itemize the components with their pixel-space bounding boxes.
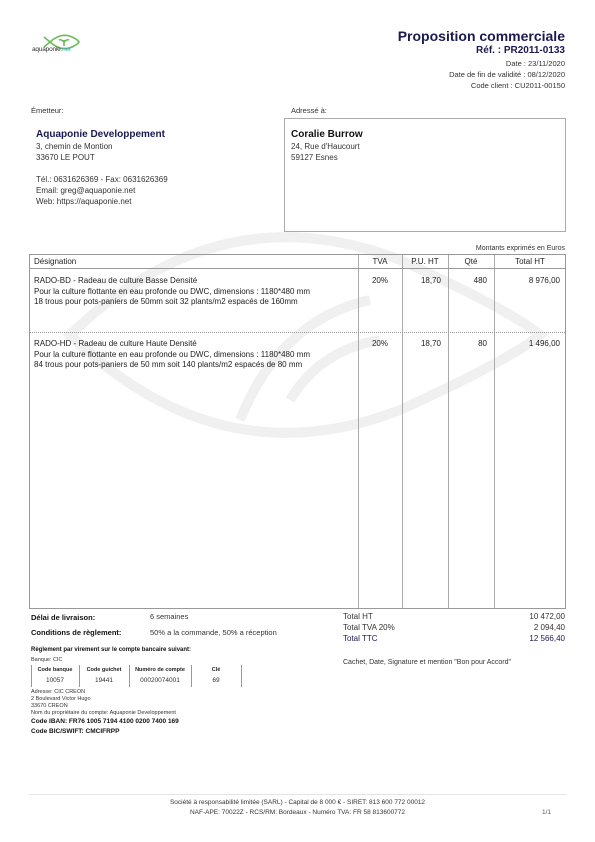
total-ht-value: 10 472,00 xyxy=(529,612,565,621)
row-total: 8 976,00 xyxy=(494,276,560,287)
header-tva: TVA xyxy=(358,257,402,266)
logo-tld: .net xyxy=(61,46,71,53)
payment-terms-label: Conditions de règlement: xyxy=(31,628,121,637)
bank-address: Adresse: CIC CREON xyxy=(31,689,85,695)
branch-code-header: Code guichet xyxy=(79,667,129,673)
sender-address-1: 3, chemin de Montion xyxy=(36,142,113,151)
currency-note: Montants exprimés en Euros xyxy=(476,245,565,252)
logo-text: aquaponie.net xyxy=(32,46,71,53)
total-ht-label: Total HT xyxy=(343,612,373,621)
iban: Code IBAN: FR76 1005 7194 4100 0200 7400… xyxy=(31,718,179,725)
row-total: 1 496,00 xyxy=(494,339,560,350)
col-divider xyxy=(448,255,449,608)
row-tva: 20% xyxy=(358,339,388,350)
recipient-address-2: 59127 Esnes xyxy=(291,153,338,162)
footer-legal-line-2: NAF-APE: 70022Z - RCS/RM: Bordeaux - Num… xyxy=(0,809,595,816)
bic-swift: Code BIC/SWIFT: CMCIFRPP xyxy=(31,728,119,735)
row-unit-price: 18,70 xyxy=(402,276,441,287)
recipient-address-1: 24, Rue d'Haucourt xyxy=(291,142,360,151)
row-description: Pour la culture flottante en eau profond… xyxy=(34,287,310,298)
row-description: 84 trous pour pots-paniers de 50 mm soit… xyxy=(34,360,302,371)
header-rule xyxy=(30,268,565,269)
document-title: Proposition commerciale xyxy=(398,28,565,44)
recipient-name: Coralie Burrow xyxy=(291,129,363,140)
total-ttc-label: Total TTC xyxy=(343,634,378,643)
key-header: Clé xyxy=(191,667,241,673)
bank-details-table: Code banque Code guichet Numéro de compt… xyxy=(31,665,241,687)
row-separator xyxy=(30,332,565,333)
footer-divider xyxy=(29,794,566,795)
logo-fish-icon xyxy=(36,30,86,60)
document-date: Date : 23/11/2020 xyxy=(506,59,565,68)
col-divider xyxy=(402,255,403,608)
branch-code-value: 19441 xyxy=(79,677,129,684)
page-number: 1/1 xyxy=(542,809,551,816)
account-number-header: Numéro de compte xyxy=(129,667,191,673)
bank-code-header: Code banque xyxy=(31,667,79,673)
row-unit-price: 18,70 xyxy=(402,339,441,350)
sender-address-2: 33670 LE POUT xyxy=(36,153,95,162)
row-title: RADO-HD - Radeau de culture Haute Densit… xyxy=(34,339,197,350)
row-tva: 20% xyxy=(358,276,388,287)
delivery-label: Délai de livraison: xyxy=(31,613,95,622)
bank-address-line: 2 Boulevard Victor Hugo xyxy=(31,696,91,702)
signature-note: Cachet, Date, Signature et mention "Bon … xyxy=(343,659,511,666)
bank-name: Banque: CIC xyxy=(31,657,63,663)
col-divider xyxy=(494,255,495,608)
client-code: Code client : CU2011-00150 xyxy=(471,81,565,90)
header-qty: Qté xyxy=(448,257,494,266)
sender-label: Émetteur: xyxy=(31,106,64,115)
row-quantity: 80 xyxy=(448,339,487,350)
account-number-value: 00020074001 xyxy=(129,677,191,684)
payment-terms-value: 50% a la commande, 50% a réception xyxy=(150,628,277,637)
items-table: Désignation TVA P.U. HT Qté Total HT RAD… xyxy=(29,254,566,609)
header-designation: Désignation xyxy=(34,257,76,266)
bank-col-divider xyxy=(241,665,242,687)
sender-name: Aquaponie Developpement xyxy=(36,129,165,140)
footer-legal-line-1: Société à responsabilité limitée (SARL) … xyxy=(0,799,595,806)
row-quantity: 480 xyxy=(448,276,487,287)
sender-web[interactable]: Web: https://aquaponie.net xyxy=(36,197,131,206)
recipient-label: Adressé à: xyxy=(291,106,327,115)
bank-address-line: 33670 CREON xyxy=(31,703,68,709)
sender-email[interactable]: Email: greg@aquaponie.net xyxy=(36,186,135,195)
account-owner: Nom du propriétaire du compte: Aquaponie… xyxy=(31,710,176,716)
row-description: Pour la culture flottante en eau profond… xyxy=(34,350,310,361)
delivery-value: 6 semaines xyxy=(150,612,188,621)
row-description: 18 trous pour pots-paniers de 50mm soit … xyxy=(34,297,298,308)
total-tva-label: Total TVA 20% xyxy=(343,623,395,632)
sender-phone: Tél.: 0631626369 - Fax: 0631626369 xyxy=(36,175,168,184)
key-value: 69 xyxy=(191,677,241,684)
col-divider xyxy=(358,255,359,608)
header-pu: P.U. HT xyxy=(402,257,448,266)
validity-date: Date de fin de validité : 08/12/2020 xyxy=(449,70,565,79)
total-tva-value: 2 094,40 xyxy=(534,623,565,632)
document-reference: Réf. : PR2011-0133 xyxy=(476,45,565,56)
logo-name: aquaponie xyxy=(32,46,61,53)
total-ttc-value: 12 566,40 xyxy=(529,634,565,643)
bank-transfer-title: Règlement par virement sur le compte ban… xyxy=(31,647,191,653)
row-title: RADO-BD - Radeau de culture Basse Densit… xyxy=(34,276,197,287)
bank-code-value: 10057 xyxy=(31,677,79,684)
header-total: Total HT xyxy=(494,257,566,266)
